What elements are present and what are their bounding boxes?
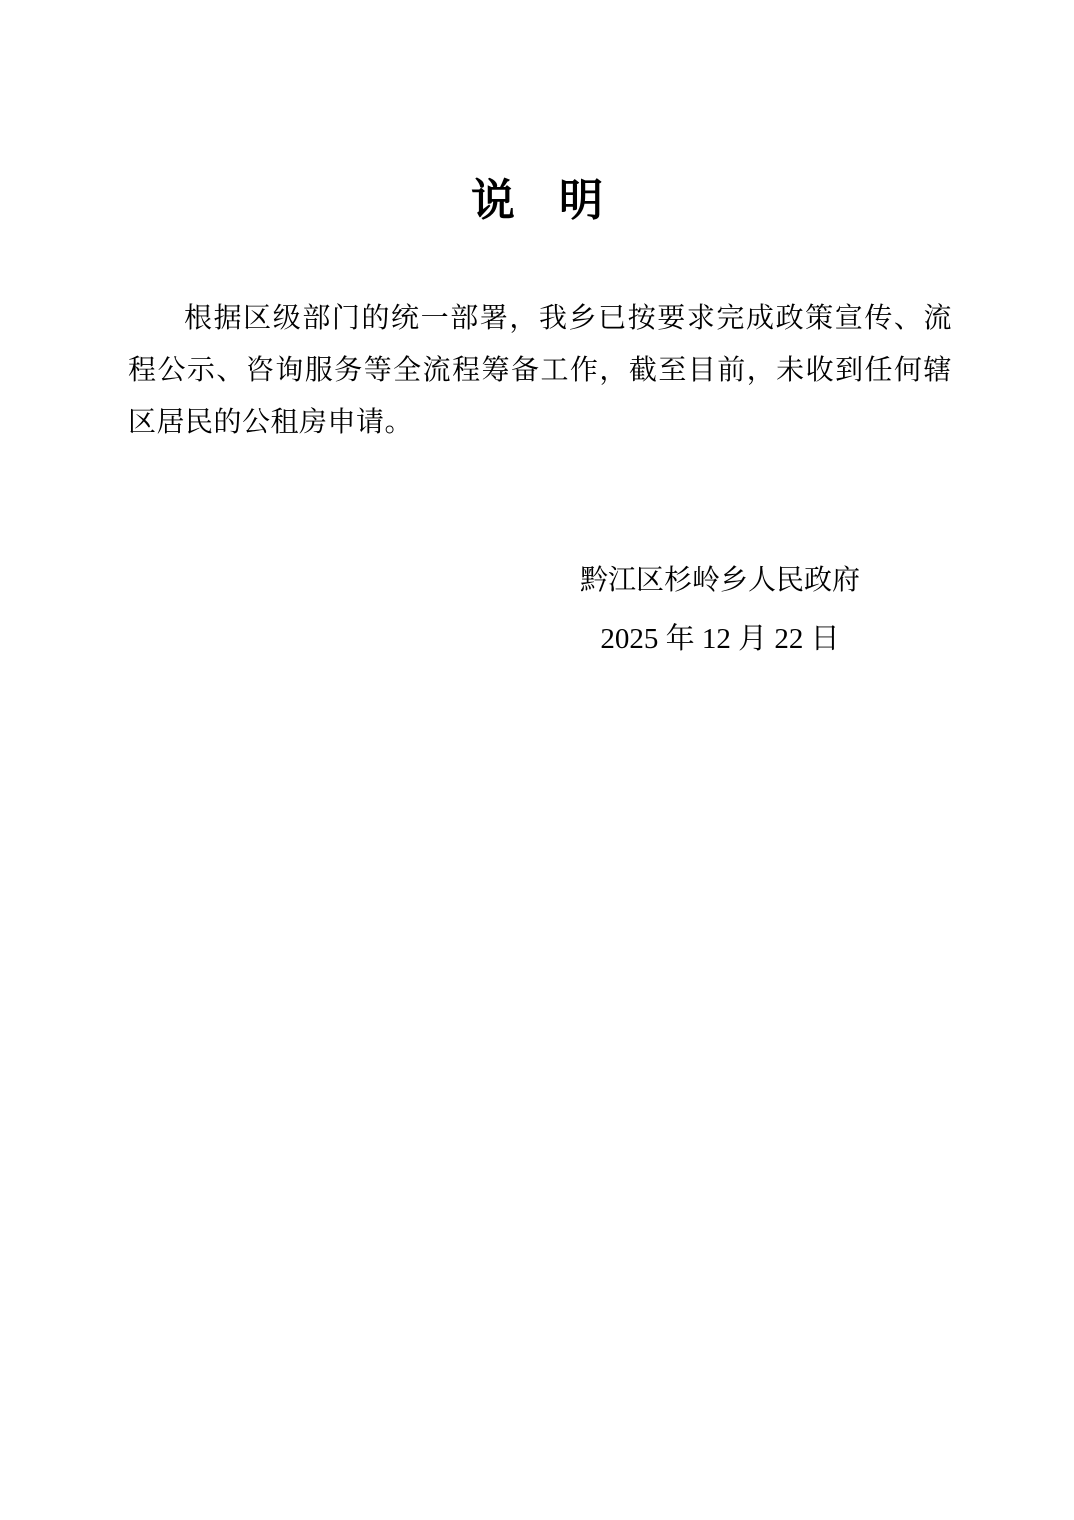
date-line: 2025 年 12 月 22 日: [440, 610, 1000, 668]
document-page: 说 明 根据区级部门的统一部署，我乡已按要求完成政策宣传、流程公示、咨询服务等全…: [0, 0, 1074, 1520]
signature-block: 黔江区杉岭乡人民政府 2025 年 12 月 22 日: [440, 552, 1000, 668]
signature-line: 黔江区杉岭乡人民政府: [440, 552, 1000, 610]
body-paragraph: 根据区级部门的统一部署，我乡已按要求完成政策宣传、流程公示、咨询服务等全流程筹备…: [128, 293, 952, 449]
document-title: 说 明: [0, 172, 1074, 229]
